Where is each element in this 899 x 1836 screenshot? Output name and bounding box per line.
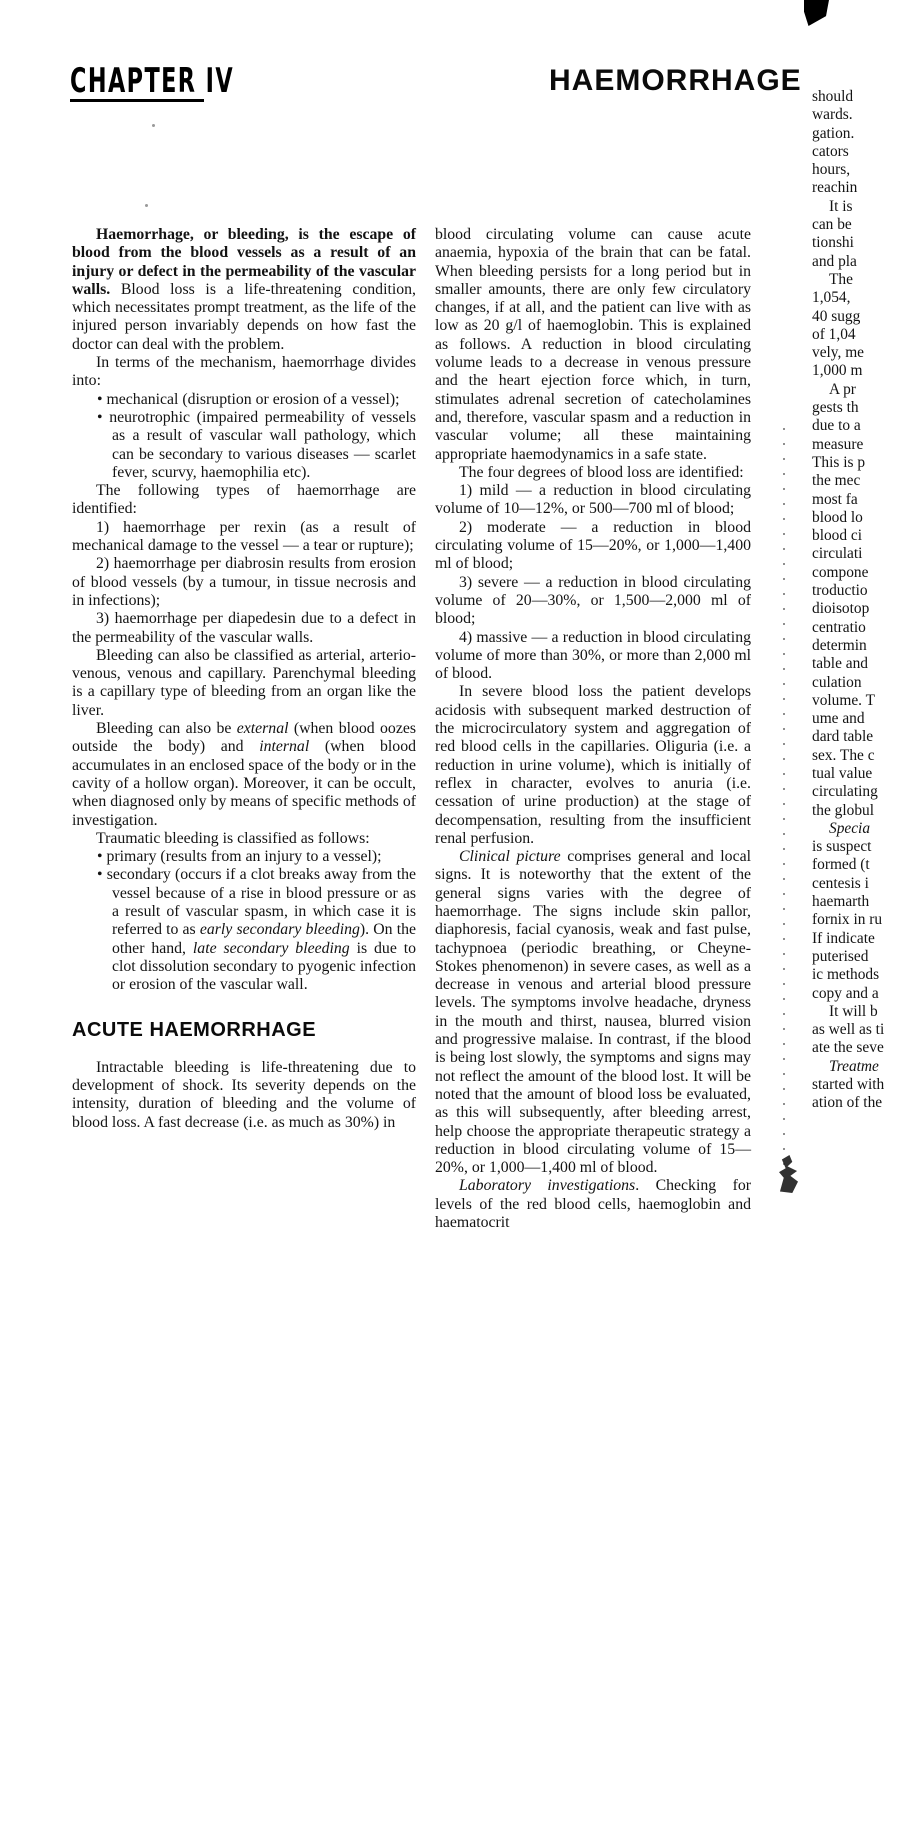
- paragraph: 3) haemorrhage per diapedesin due to a d…: [72, 610, 416, 647]
- text-segment: early secondary bleeding: [200, 921, 360, 938]
- paragraph: 2) moderate — a reduction in blood circu…: [435, 519, 751, 574]
- text-segment: 3) severe — a reduction in blood circula…: [435, 574, 751, 628]
- clipped-text-line: compone: [812, 564, 899, 582]
- text-segment: 1) mild — a reduction in blood circulati…: [435, 482, 751, 517]
- clipped-text-line: centratio: [812, 619, 899, 637]
- clipped-text-line: gation.: [812, 125, 899, 143]
- paragraph: 1) mild — a reduction in blood circulati…: [435, 482, 751, 519]
- text-segment: 2) moderate — a reduction in blood circu…: [435, 519, 751, 573]
- paragraph: Laboratory investigations. Checking for …: [435, 1177, 751, 1232]
- text-segment: • mechanical (disruption or erosion of a…: [97, 391, 400, 408]
- clipped-text-line: Specia: [812, 820, 899, 838]
- clipped-text-line: 40 sugg: [812, 308, 899, 326]
- text-segment: Bleeding can also be classified as arter…: [72, 647, 416, 719]
- clipped-text-line: dioisotop: [812, 600, 899, 618]
- clipped-text-line: reachin: [812, 179, 899, 197]
- clipped-text-line: measure: [812, 436, 899, 454]
- paragraph: 2) haemorrhage per diabrosin results fro…: [72, 555, 416, 610]
- clipped-text-line: It is: [812, 198, 899, 216]
- paragraph: In severe blood loss the patient develop…: [435, 683, 751, 848]
- clipped-text-line: blood ci: [812, 527, 899, 545]
- text-segment: 3) haemorrhage per diapedesin due to a d…: [72, 610, 416, 645]
- text-segment: late secondary bleeding: [193, 940, 350, 957]
- page-gutter-crease: [783, 428, 785, 1173]
- clipped-text-line: the mec: [812, 472, 899, 490]
- paragraph: Bleeding can also be external (when bloo…: [72, 720, 416, 830]
- clipped-text-line: and pla: [812, 253, 899, 271]
- text-segment: Clinical picture: [459, 848, 561, 865]
- scan-speck: [152, 124, 155, 127]
- clipped-text-line: haemarth: [812, 893, 899, 911]
- paragraph: 1) haemorrhage per rexin (as a result of…: [72, 519, 416, 556]
- text-column-right-clipped: shouldwards.gation.catorshours,reachinIt…: [812, 88, 899, 1113]
- clipped-text-line: Treatme: [812, 1058, 899, 1076]
- chapter-heading-underline: [70, 99, 204, 102]
- text-column-left: Haemorrhage, or bleeding, is the escape …: [72, 226, 416, 1132]
- text-segment: internal: [259, 738, 309, 755]
- clipped-text-line: determin: [812, 637, 899, 655]
- text-segment: • primary (results from an injury to a v…: [97, 848, 382, 865]
- clipped-text-line: This is p: [812, 454, 899, 472]
- bullet-item: • neurotrophic (impaired permeability of…: [72, 409, 416, 482]
- clipped-text-line: ume and: [812, 710, 899, 728]
- page-title: HAEMORRHAGE: [549, 64, 802, 98]
- clipped-text-line: sex. The c: [812, 747, 899, 765]
- paragraph: The four degrees of blood loss are ident…: [435, 464, 751, 482]
- text-segment: • neurotrophic (impaired permeability of…: [97, 409, 416, 481]
- clipped-text-line: A pr: [812, 381, 899, 399]
- clipped-text-line: fornix in ru: [812, 911, 899, 929]
- clipped-text-line: puterised: [812, 948, 899, 966]
- chapter-heading: CHAPTER IV: [70, 62, 234, 101]
- scanned-book-page: CHAPTER IV HAEMORRHAGE Haemorrhage, or b…: [0, 0, 899, 1836]
- paragraph: Haemorrhage, or bleeding, is the escape …: [72, 226, 416, 354]
- clipped-text-line: volume. T: [812, 692, 899, 710]
- clipped-text-line: ic methods: [812, 966, 899, 984]
- clipped-text-line: 1,000 m: [812, 362, 899, 380]
- ink-smudge: [779, 1155, 798, 1193]
- clipped-text-line: table and: [812, 655, 899, 673]
- clipped-text-line: of 1,04: [812, 326, 899, 344]
- paragraph: blood circulating volume can cause acute…: [435, 226, 751, 464]
- clipped-text-line: troductio: [812, 582, 899, 600]
- text-segment: In severe blood loss the patient develop…: [435, 683, 751, 846]
- paragraph: Bleeding can also be classified as arter…: [72, 647, 416, 720]
- clipped-text-line: dard table: [812, 728, 899, 746]
- text-segment: 2) haemorrhage per diabrosin results fro…: [72, 555, 416, 609]
- paragraph: Intractable bleeding is life-threatening…: [72, 1059, 416, 1132]
- clipped-text-line: cators: [812, 143, 899, 161]
- text-segment: 1) haemorrhage per rexin (as a result of…: [72, 519, 416, 554]
- paragraph: Clinical picture comprises general and l…: [435, 848, 751, 1177]
- clipped-text-line: 1,054,: [812, 289, 899, 307]
- text-segment: blood circulating volume can cause acute…: [435, 226, 751, 463]
- text-segment: external: [237, 720, 289, 737]
- clipped-text-line: copy and a: [812, 985, 899, 1003]
- text-segment: Blood loss is a life-threatening conditi…: [72, 281, 416, 353]
- clipped-text-line: The: [812, 271, 899, 289]
- scan-speck: [145, 204, 148, 207]
- bullet-item: • secondary (occurs if a clot breaks awa…: [72, 866, 416, 994]
- paragraph: The following types of haemorrhage are i…: [72, 482, 416, 519]
- clipped-text-line: vely, me: [812, 344, 899, 362]
- clipped-text-line: culation: [812, 674, 899, 692]
- clipped-text-line: It will b: [812, 1003, 899, 1021]
- clipped-text-line: as well as ti: [812, 1021, 899, 1039]
- clipped-text-line: blood lo: [812, 509, 899, 527]
- clipped-text-line: gests th: [812, 399, 899, 417]
- paragraph: 3) severe — a reduction in blood circula…: [435, 574, 751, 629]
- clipped-text-line: is suspect: [812, 838, 899, 856]
- bullet-item: • mechanical (disruption or erosion of a…: [72, 391, 416, 409]
- clipped-text-line: can be: [812, 216, 899, 234]
- clipped-text-line: due to a: [812, 417, 899, 435]
- text-segment: The following types of haemorrhage are i…: [72, 482, 416, 517]
- torn-corner-mark: [804, 0, 829, 26]
- bullet-item: • primary (results from an injury to a v…: [72, 848, 416, 866]
- paragraph: In terms of the mechanism, haemorrhage d…: [72, 354, 416, 391]
- text-column-middle: blood circulating volume can cause acute…: [435, 226, 751, 1232]
- clipped-text-line: most fa: [812, 491, 899, 509]
- paragraph: Traumatic bleeding is classified as foll…: [72, 830, 416, 848]
- clipped-text-line: the globul: [812, 802, 899, 820]
- clipped-text-line: centesis i: [812, 875, 899, 893]
- paragraph: 4) massive — a reduction in blood circul…: [435, 629, 751, 684]
- clipped-text-line: tual value: [812, 765, 899, 783]
- clipped-text-line: wards.: [812, 106, 899, 124]
- clipped-text-line: tionshi: [812, 234, 899, 252]
- text-segment: The four degrees of blood loss are ident…: [459, 464, 744, 481]
- clipped-text-line: ation of the: [812, 1094, 899, 1112]
- clipped-text-line: started with: [812, 1076, 899, 1094]
- text-segment: Intractable bleeding is life-threatening…: [72, 1059, 416, 1131]
- section-heading: ACUTE HAEMORRHAGE: [72, 1021, 416, 1039]
- clipped-text-line: If indicate: [812, 930, 899, 948]
- clipped-text-line: formed (t: [812, 856, 899, 874]
- text-segment: 4) massive — a reduction in blood circul…: [435, 629, 751, 683]
- text-segment: Traumatic bleeding is classified as foll…: [96, 830, 370, 847]
- text-segment: Laboratory investigations: [459, 1177, 635, 1194]
- clipped-text-line: circulati: [812, 545, 899, 563]
- clipped-text-line: should: [812, 88, 899, 106]
- clipped-text-line: circulating: [812, 783, 899, 801]
- clipped-text-line: hours,: [812, 161, 899, 179]
- text-segment: comprises general and local signs. It is…: [435, 848, 751, 1176]
- text-segment: In terms of the mechanism, haemorrhage d…: [72, 354, 416, 389]
- clipped-text-line: ate the seve: [812, 1039, 899, 1057]
- text-segment: Bleeding can also be: [96, 720, 237, 737]
